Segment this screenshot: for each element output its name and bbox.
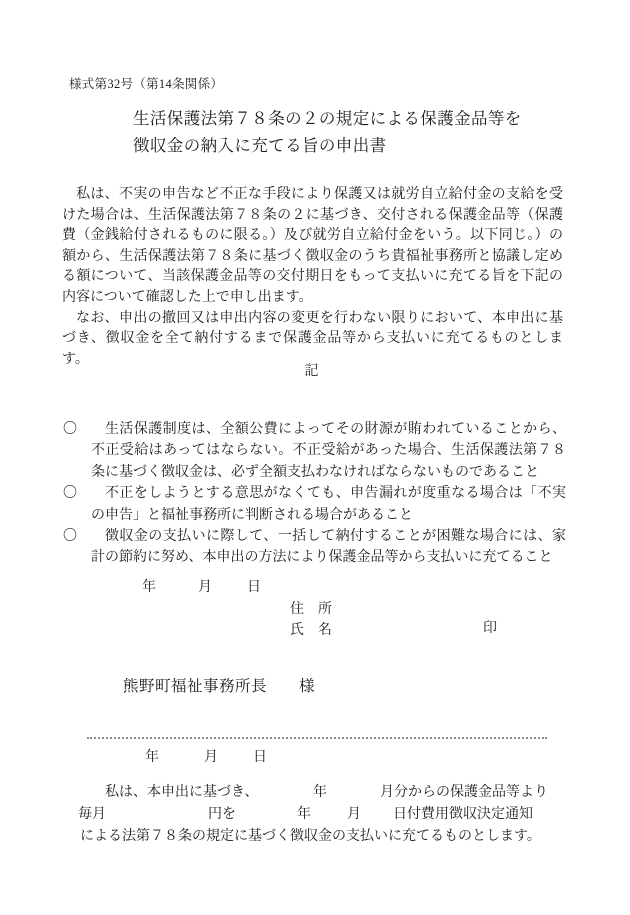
list-item: 〇 徴収金の支払いに際して、一括して納付することが困難な場合には、家計の節約に努… [62,526,566,569]
list-item-text: 徴収金の支払いに際して、一括して納付することが困難な場合には、家計の節約に努め、… [91,526,566,569]
circle-bullet: 〇 [63,483,77,504]
title-line-2: 徴収金の納入に充てる旨の申出書 [133,132,522,159]
detach-line1-year-label: 年 [313,781,327,801]
notes-list: 〇 生活保護制度は、全額公費によってその財源が賄われていることから、不正受給はあ… [62,419,566,569]
list-item: 〇 生活保護制度は、全額公費によってその財源が賄われていることから、不正受給はあ… [62,419,566,483]
main-paragraph-1: 私は、不実の申告など不正な手段により保護又は就労自立給付金の支給を受けた場合は、… [62,185,563,309]
form-number: 様式第32号（第14条関係） [69,74,223,92]
list-item: 〇 不正をしようとする意思がなくても、申告漏れが度重なる場合は「不実の申告」と福… [62,483,566,526]
circle-bullet: 〇 [63,526,77,547]
list-item-text: 生活保護制度は、全額公費によってその財源が賄われていることから、不正受給はあって… [91,419,566,483]
seal-label: 印 [483,617,497,637]
address-label: 住 所 [290,598,332,618]
document-title: 生活保護法第７８条の２の規定による保護金品等を 徴収金の納入に充てる旨の申出書 [133,105,522,159]
detach-line2-tail: 日付費用徴収決定通知 [393,803,533,823]
detach-line2-year-label: 年 [297,803,311,823]
addressee: 熊野町福祉事務所長 様 [123,674,315,696]
main-body: 私は、不実の申告など不正な手段により保護又は就労自立給付金の支給を受けた場合は、… [62,185,563,370]
separator-dotted-line [87,737,547,739]
name-label: 氏 名 [290,619,332,639]
signature-year-label: 年 [142,576,156,596]
circle-bullet: 〇 [63,419,77,440]
detach-line1-lead: 私は、本申出に基づき、 [105,781,258,801]
signature-month-label: 月 [198,576,212,596]
detach-line2-month-label: 月 [347,803,361,823]
detach-line1-tail: 月分からの保護金品等より [380,781,548,801]
detach-month-label: 月 [204,746,218,766]
ki-heading: 記 [62,360,563,380]
signature-day-label: 日 [247,576,261,596]
title-line-1: 生活保護法第７８条の２の規定による保護金品等を [133,105,522,132]
detach-day-label: 日 [253,746,267,766]
detach-line2-yen-label: 円を [208,803,236,823]
list-item-text: 不正をしようとする意思がなくても、申告漏れが度重なる場合は「不実の申告」と福祉事… [91,483,566,526]
detach-year-label: 年 [145,746,159,766]
detach-line2-lead: 毎月 [78,803,106,823]
detach-line3: による法第７８条の規定に基づく徴収金の支払いに充てるものとします。 [80,825,541,845]
